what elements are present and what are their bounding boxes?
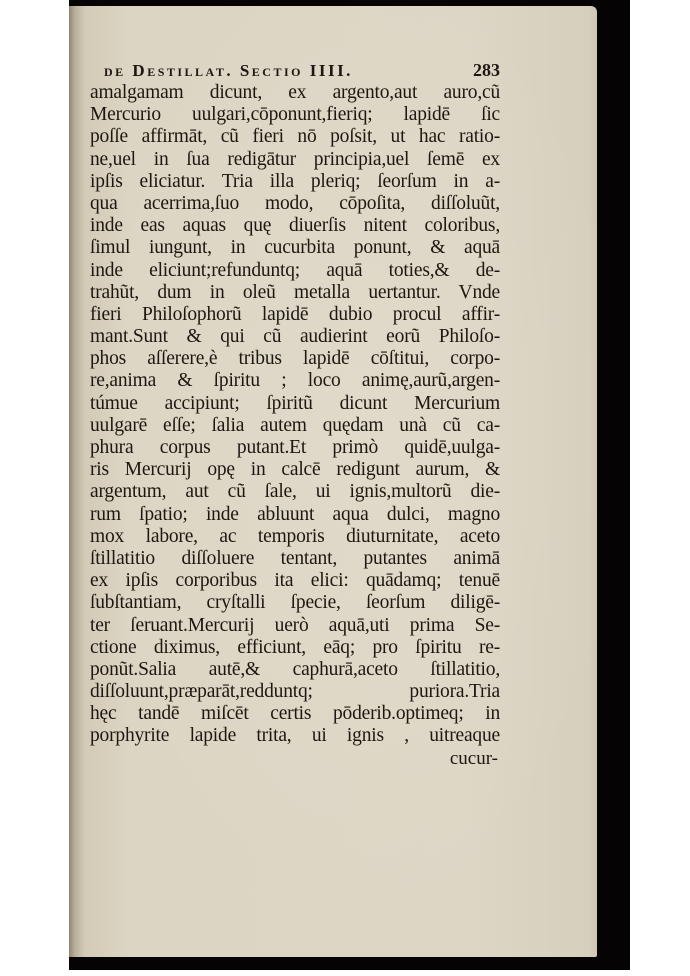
text-line: ex ipſis corporibus ita elici: quādamq; … — [90, 570, 500, 592]
text-line: re,anima & ſpiritu ; loco animę,aurũ,arg… — [90, 370, 500, 392]
text-line: ris Mercurij opę in calcē redigunt aurum… — [90, 459, 500, 481]
text-line: ctione diximus, efficiunt, eāq; pro ſpir… — [90, 637, 500, 659]
page-number: 283 — [473, 60, 500, 81]
text-line: túmue accipiunt; ſpiritũ dicunt Mercuriu… — [90, 393, 500, 415]
text-line: ter ſeruant.Mercurij uerò aquā,uti prima… — [90, 615, 500, 637]
text-line: ipſis eliciatur. Tria illa pleriq; ſeorſ… — [90, 171, 500, 193]
running-head-title: de Destillat. Sectio IIII. — [104, 61, 353, 81]
text-line: trahũt, dum in oleũ metalla uertantur. V… — [90, 282, 500, 304]
text-line: inde eas aquas quę diuerſis nitent color… — [90, 215, 500, 237]
text-line: porphyrite lapide trita, ui ignis , uitr… — [90, 725, 500, 747]
text-line: inde eliciunt;refunduntq; aquā toties,& … — [90, 260, 500, 282]
text-line: poſſe affirmāt, cũ fieri nō poſsit, ut h… — [90, 126, 500, 148]
text-block: de Destillat. Sectio IIII. 283 amalgamam… — [90, 60, 500, 770]
text-line: argentum, aut cũ ſale, ui ignis,multorũ … — [90, 481, 500, 503]
text-line: mant.Sunt & qui cũ audierint eorũ Philoſ… — [90, 326, 500, 348]
text-line: mox labore, ac temporis diuturnitate, ac… — [90, 526, 500, 548]
text-line: amalgamam dicunt, ex argento,aut auro,cũ — [90, 82, 500, 104]
text-line: qua acerrima,ſuo modo, cōpoſita, diſſolu… — [90, 193, 500, 215]
text-line: uulgarē eſſe; ſalia autem quędam unà cũ … — [90, 415, 500, 437]
text-line: phura corpus putant.Et primò quidē,uulga… — [90, 437, 500, 459]
text-line: ponũt.Salia autē,& caphurā,aceto ſtillat… — [90, 659, 500, 681]
running-head: de Destillat. Sectio IIII. 283 — [104, 60, 500, 82]
text-line: diſſoluunt,præparāt,redduntq; puriora.Tr… — [90, 681, 500, 703]
text-line: fieri Philoſophorũ lapidē dubio procul a… — [90, 304, 500, 326]
text-line: ſtillatitio diſſoluere tentant, putantes… — [90, 548, 500, 570]
catchword: cucur- — [90, 748, 500, 770]
text-line: hęc tandē miſcēt certis pōderib.optimeq;… — [90, 703, 500, 725]
text-line: rum ſpatio; inde abluunt aqua dulci, mag… — [90, 504, 500, 526]
text-line: ſubſtantiam, cryſtalli ſpecie, ſeorſum d… — [90, 592, 500, 614]
text-line: phos aſſerere,è tribus lapidē cōſtitui, … — [90, 348, 500, 370]
text-line: Mercurio uulgari,cōponunt,fieriq; lapidē… — [90, 104, 500, 126]
text-line: ne,uel in ſua redigātur principia,uel ſe… — [90, 149, 500, 171]
text-line: ſimul iungunt, in cucurbita ponunt, & aq… — [90, 237, 500, 259]
